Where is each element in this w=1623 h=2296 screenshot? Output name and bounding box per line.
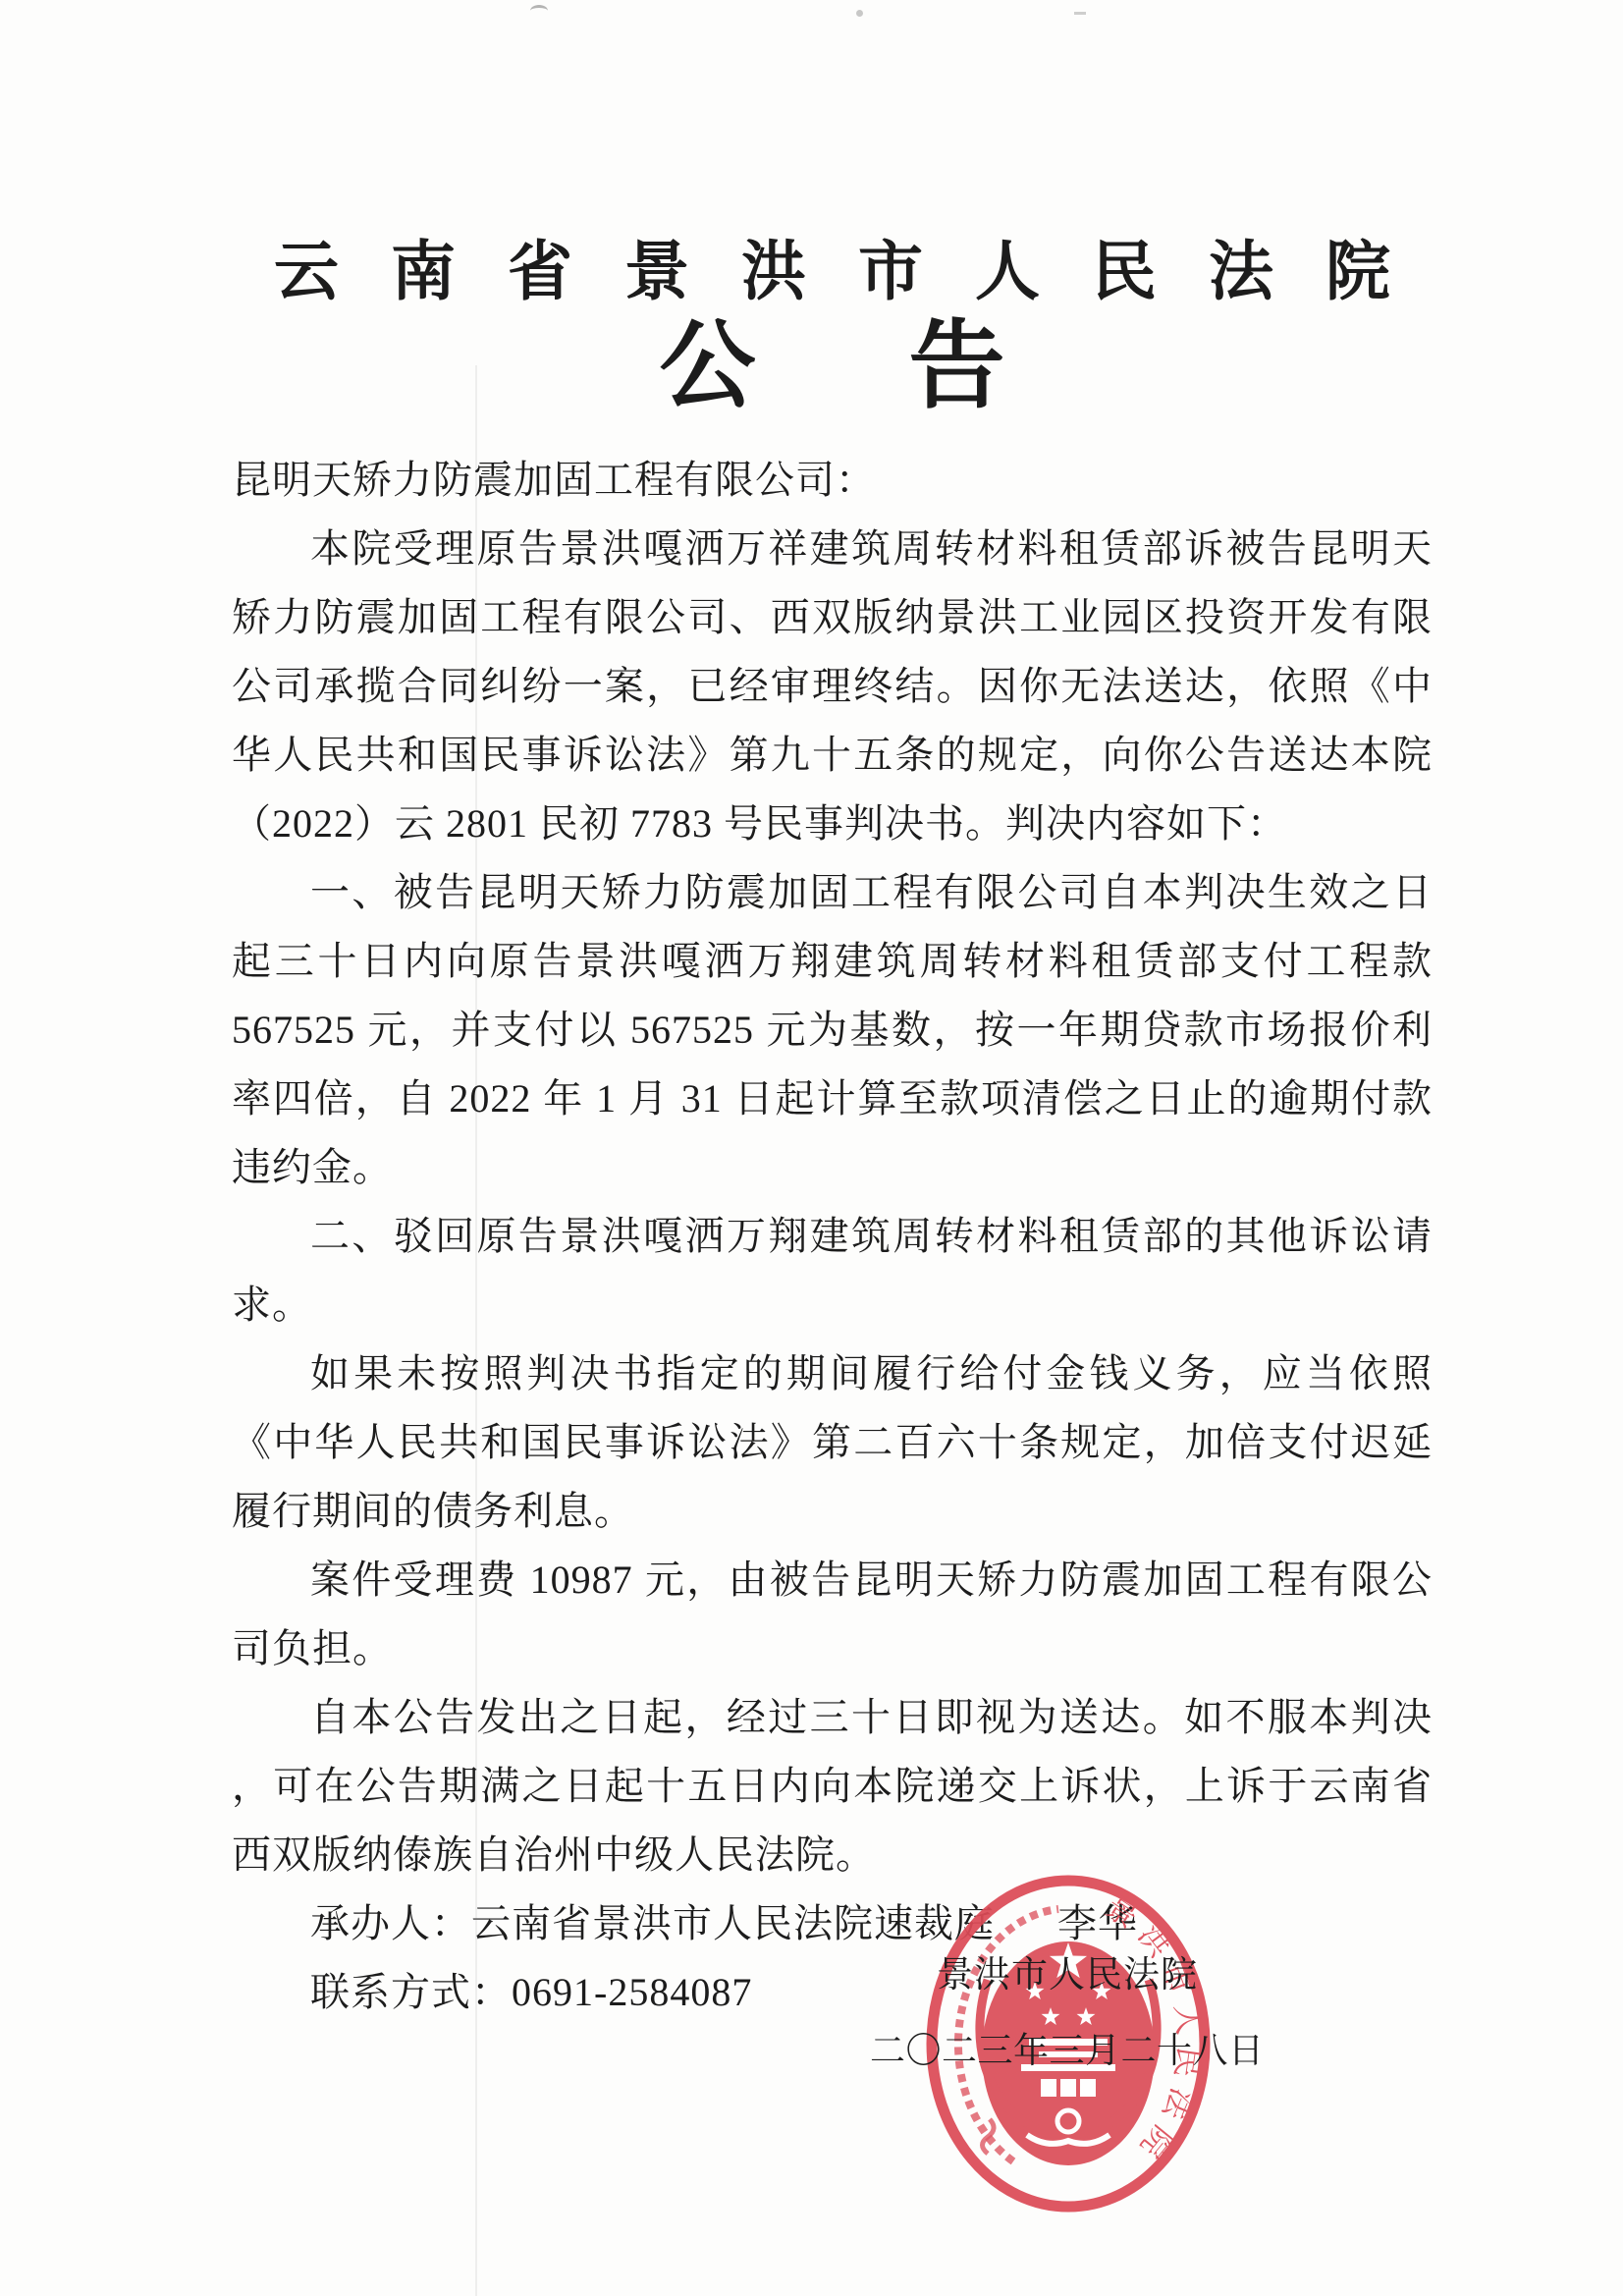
body-paragraph-5: 案件受理费 10987 元，由被告昆明天矫力防震加固工程有限公司负担。 <box>232 1546 1433 1683</box>
court-announcement-page: 云南省景洪市人民法院 公告 昆明天矫力防震加固工程有限公司： 本院受理原告景洪嘎… <box>0 0 1623 2296</box>
scan-artifact-mark <box>1074 12 1086 15</box>
subtitle-row: 公告 <box>232 312 1433 422</box>
scan-artifact-mark <box>856 10 863 17</box>
scan-artifact-mark <box>530 5 548 17</box>
signature-court-name: 景洪市人民法院 <box>937 1954 1198 1997</box>
contact-line: 联系方式：0691-2584087 <box>232 1958 1433 2027</box>
announcement-subtitle: 公告 <box>659 312 1158 422</box>
signature-date: 二〇二三年三月二十八日 <box>870 2029 1265 2072</box>
undertaker-label: 承办人：云南省景洪市人民法院速裁庭 <box>310 1901 995 1945</box>
body-paragraph-6: 自本公告发出之日起，经过三十日即视为送达。如不服本判决 ，可在公告期满之日起十五… <box>232 1683 1433 1889</box>
page-fold-line <box>475 365 477 2296</box>
undertaker-line: 承办人：云南省景洪市人民法院速裁庭李华 <box>232 1889 1433 1958</box>
body-paragraph-4: 如果未按照判决书指定的期间履行给付金钱义务，应当依照《中华人民共和国民事诉讼法》… <box>232 1339 1433 1546</box>
title-row: 云南省景洪市人民法院 <box>232 234 1433 312</box>
body-paragraph-2: 一、被告昆明天矫力防震加固工程有限公司自本判决生效之日起三十日内向原告景洪嘎洒万… <box>232 858 1433 1202</box>
body-paragraph-1: 本院受理原告景洪嘎洒万祥建筑周转材料租赁部诉被告昆明天矫力防震加固工程有限公司、… <box>232 515 1433 858</box>
body-paragraph-3: 二、驳回原告景洪嘎洒万翔建筑周转材料租赁部的其他诉讼请求。 <box>232 1202 1433 1339</box>
announcement-body: 昆明天矫力防震加固工程有限公司： 本院受理原告景洪嘎洒万祥建筑周转材料租赁部诉被… <box>232 446 1433 2027</box>
court-title: 云南省景洪市人民法院 <box>274 234 1442 312</box>
document-content: 云南省景洪市人民法院 公告 昆明天矫力防震加固工程有限公司： 本院受理原告景洪嘎… <box>232 234 1433 2027</box>
addressee-line: 昆明天矫力防震加固工程有限公司： <box>232 446 1433 515</box>
